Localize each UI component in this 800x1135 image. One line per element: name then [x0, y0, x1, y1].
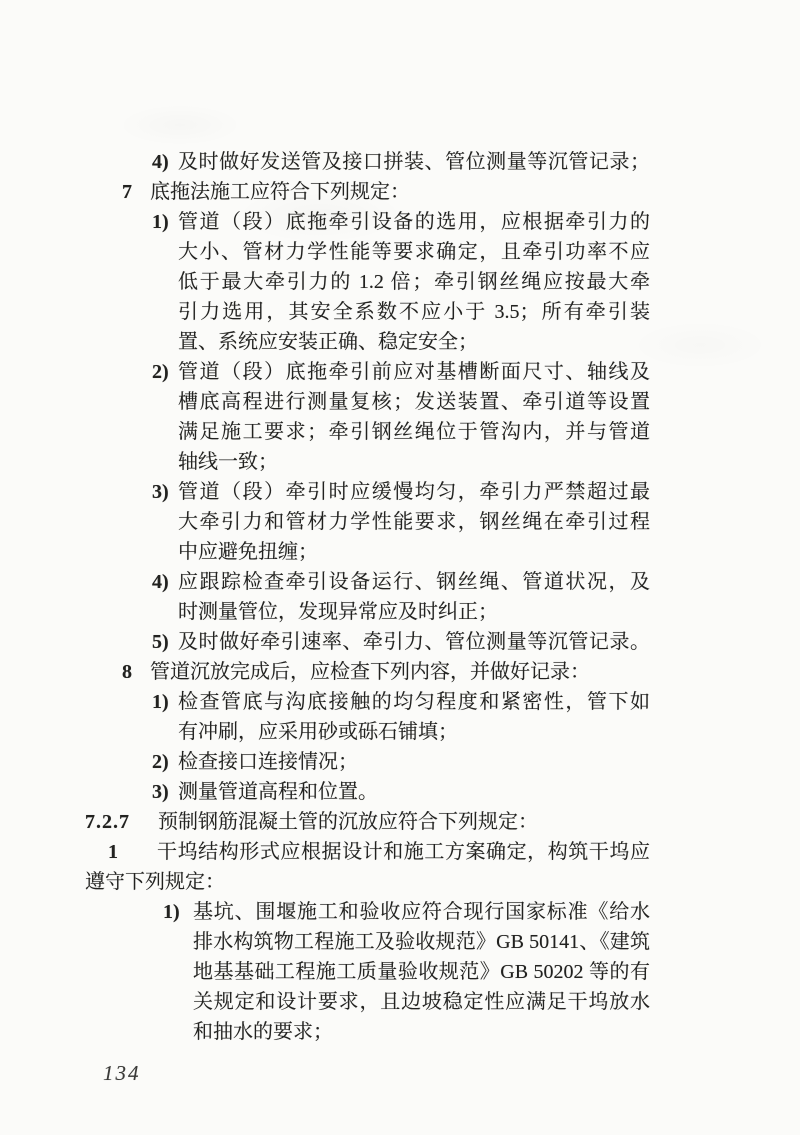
text-line: 地基基础工程施工质量验收规范》GB 50202 等的有	[0, 957, 800, 987]
text-block: 4) 及时做好发送管及接口拼装、管位测量等沉管记录； 7 底拖法施工应符合下列规…	[0, 147, 800, 1047]
line-text: 槽底高程进行测量复核；发送装置、牵引道等设置	[178, 387, 650, 417]
line-text: 及时做好牵引速率、牵引力、管位测量等沉管记录。	[178, 627, 650, 657]
text-line: 中应避免扭缠；	[0, 537, 800, 567]
line-number: 7.2.7	[85, 807, 158, 837]
line-text: 管道（段）底拖牵引设备的选用，应根据牵引力的	[178, 207, 650, 237]
line-number: 7	[122, 177, 150, 207]
document-page: 4) 及时做好发送管及接口拼装、管位测量等沉管记录； 7 底拖法施工应符合下列规…	[0, 0, 800, 1135]
line-number: 8	[122, 657, 150, 687]
page-number: 134	[103, 1058, 141, 1088]
line-text: 预制钢筋混凝土管的沉放应符合下列规定：	[158, 807, 538, 837]
line-number: 2)	[152, 357, 178, 387]
text-line: 1) 管道（段）底拖牵引设备的选用，应根据牵引力的	[0, 207, 800, 237]
text-line: 低于最大牵引力的 1.2 倍；牵引钢丝绳应按最大牵	[0, 267, 800, 297]
text-line: 1) 检查管底与沟底接触的均匀程度和紧密性，管下如	[0, 687, 800, 717]
line-text: 引力选用，其安全系数不应小于 3.5；所有牵引装	[178, 297, 650, 327]
text-line: 有冲刷，应采用砂或砾石铺填；	[0, 717, 800, 747]
text-line: 大小、管材力学性能等要求确定，且牵引功率不应	[0, 237, 800, 267]
text-line: 关规定和设计要求，且边坡稳定性应满足干坞放水	[0, 987, 800, 1017]
line-text: 遵守下列规定：	[85, 867, 225, 897]
text-line: 3) 管道（段）牵引时应缓慢均匀，牵引力严禁超过最	[0, 477, 800, 507]
text-line: 7.2.7 预制钢筋混凝土管的沉放应符合下列规定：	[0, 807, 800, 837]
text-line: 3) 测量管道高程和位置。	[0, 777, 800, 807]
line-text: 低于最大牵引力的 1.2 倍；牵引钢丝绳应按最大牵	[178, 267, 650, 297]
line-text: 管道（段）底拖牵引前应对基槽断面尺寸、轴线及	[178, 357, 650, 387]
line-text: 满足施工要求；牵引钢丝绳位于管沟内，并与管道	[178, 417, 650, 447]
line-number: 2)	[152, 747, 178, 777]
text-line: 2) 检查接口连接情况；	[0, 747, 800, 777]
line-number: 3)	[152, 777, 178, 807]
line-text: 有冲刷，应采用砂或砾石铺填；	[178, 717, 458, 747]
text-line: 2) 管道（段）底拖牵引前应对基槽断面尺寸、轴线及	[0, 357, 800, 387]
text-line: 和抽水的要求；	[0, 1017, 800, 1047]
text-line: 槽底高程进行测量复核；发送装置、牵引道等设置	[0, 387, 800, 417]
line-number: 1	[108, 837, 157, 867]
line-text: 关规定和设计要求，且边坡稳定性应满足干坞放水	[193, 987, 650, 1017]
line-text: 排水构筑物工程施工及验收规范》GB 50141、《建筑	[193, 927, 650, 957]
text-line: 8 管道沉放完成后，应检查下列内容，并做好记录：	[0, 657, 800, 687]
text-line: 1 干坞结构形式应根据设计和施工方案确定，构筑干坞应	[0, 837, 800, 867]
text-line: 7 底拖法施工应符合下列规定：	[0, 177, 800, 207]
text-line: 置、系统应安装正确、稳定安全；	[0, 327, 800, 357]
line-text: 管道沉放完成后，应检查下列内容，并做好记录：	[150, 657, 590, 687]
text-line: 5) 及时做好牵引速率、牵引力、管位测量等沉管记录。	[0, 627, 800, 657]
line-text: 基坑、围堰施工和验收应符合现行国家标准《给水	[193, 897, 650, 927]
text-line: 轴线一致；	[0, 447, 800, 477]
line-text: 和抽水的要求；	[193, 1017, 333, 1047]
line-text: 检查接口连接情况；	[178, 747, 358, 777]
text-line: 遵守下列规定：	[0, 867, 800, 897]
line-text: 大牵引力和管材力学性能要求，钢丝绳在牵引过程	[178, 507, 650, 537]
line-number: 3)	[152, 477, 178, 507]
line-text: 干坞结构形式应根据设计和施工方案确定，构筑干坞应	[157, 837, 650, 867]
line-number: 1)	[152, 687, 178, 717]
text-line: 4) 及时做好发送管及接口拼装、管位测量等沉管记录；	[0, 147, 800, 177]
text-line: 引力选用，其安全系数不应小于 3.5；所有牵引装	[0, 297, 800, 327]
line-text: 置、系统应安装正确、稳定安全；	[178, 327, 478, 357]
line-text: 管道（段）牵引时应缓慢均匀，牵引力严禁超过最	[178, 477, 650, 507]
line-text: 测量管道高程和位置。	[178, 777, 378, 807]
line-text: 地基基础工程施工质量验收规范》GB 50202 等的有	[193, 957, 650, 987]
line-number: 4)	[152, 567, 178, 597]
text-line: 大牵引力和管材力学性能要求，钢丝绳在牵引过程	[0, 507, 800, 537]
line-number: 5)	[152, 627, 178, 657]
text-line: 满足施工要求；牵引钢丝绳位于管沟内，并与管道	[0, 417, 800, 447]
line-text: 大小、管材力学性能等要求确定，且牵引功率不应	[178, 237, 650, 267]
line-text: 底拖法施工应符合下列规定：	[150, 177, 410, 207]
line-text: 时测量管位，发现异常应及时纠正；	[178, 597, 498, 627]
line-text: 检查管底与沟底接触的均匀程度和紧密性，管下如	[178, 687, 650, 717]
line-text: 应跟踪检查牵引设备运行、钢丝绳、管道状况，及	[178, 567, 650, 597]
line-number: 4)	[152, 147, 178, 177]
line-text: 及时做好发送管及接口拼装、管位测量等沉管记录；	[178, 147, 650, 177]
line-text: 轴线一致；	[178, 447, 278, 477]
text-line: 时测量管位，发现异常应及时纠正；	[0, 597, 800, 627]
line-text: 中应避免扭缠；	[178, 537, 318, 567]
line-number: 1)	[163, 897, 193, 927]
text-line: 1) 基坑、围堰施工和验收应符合现行国家标准《给水	[0, 897, 800, 927]
text-line: 排水构筑物工程施工及验收规范》GB 50141、《建筑	[0, 927, 800, 957]
line-number: 1)	[152, 207, 178, 237]
text-line: 4) 应跟踪检查牵引设备运行、钢丝绳、管道状况，及	[0, 567, 800, 597]
